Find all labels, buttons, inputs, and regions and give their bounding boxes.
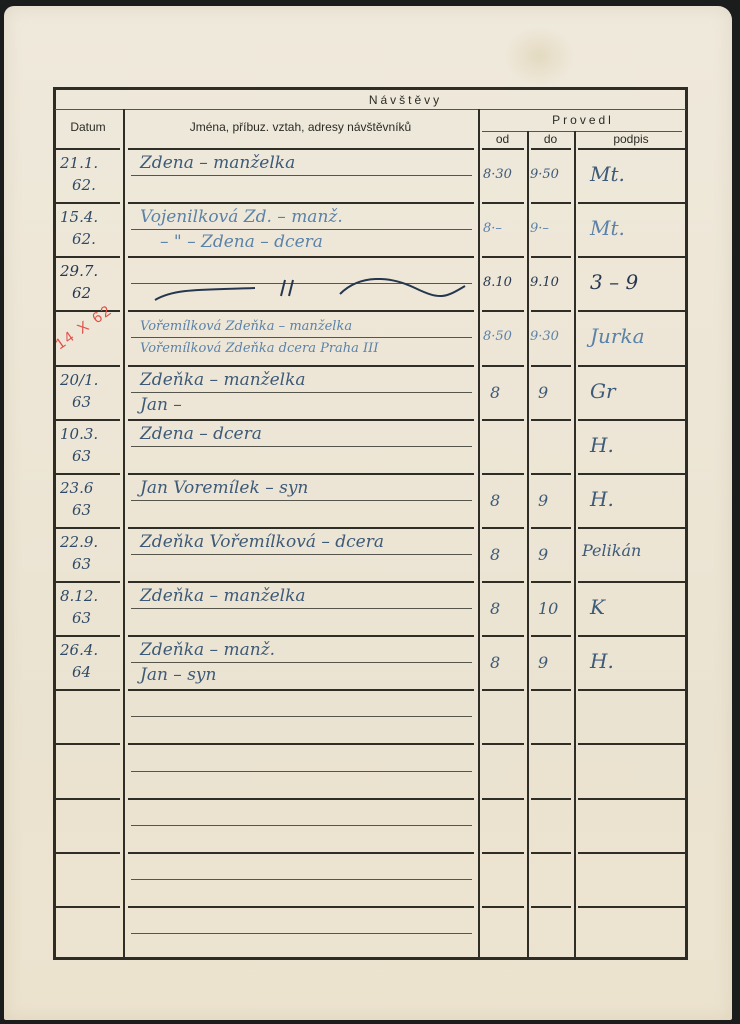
- entry-date-year: 63: [72, 557, 91, 572]
- entry-visitor-line1: Zdeňka – manž.: [140, 642, 275, 659]
- entry-date-day: 8.12.: [60, 589, 98, 604]
- row-rule: [56, 906, 120, 908]
- row-rule: [578, 202, 685, 204]
- column-header-from: od: [478, 132, 527, 146]
- row-rule: [482, 689, 524, 691]
- row-rule: [128, 527, 474, 529]
- entry-date-year: 62.: [72, 178, 96, 193]
- entry-time-from: 8: [490, 385, 500, 401]
- row-rule: [531, 581, 571, 583]
- row-rule: [128, 581, 474, 583]
- writing-line: [131, 933, 472, 934]
- entry-time-from: 8: [490, 655, 500, 671]
- entry-time-to: 9: [538, 655, 548, 671]
- section-title: Návštěvy: [123, 93, 688, 107]
- row-rule: [56, 148, 120, 150]
- row-rule: [531, 256, 571, 258]
- row-rule: [482, 419, 524, 421]
- entry-time-to: 9.10: [530, 276, 559, 289]
- entry-time-from: 8: [490, 601, 500, 617]
- row-rule: [531, 527, 571, 529]
- row-rule: [56, 419, 120, 421]
- row-rule: [578, 365, 685, 367]
- writing-line: [131, 662, 472, 663]
- row-rule: [531, 689, 571, 691]
- row-rule: [56, 689, 120, 691]
- entry-date-day: 29.7.: [60, 264, 98, 279]
- row-rule: [128, 473, 474, 475]
- row-rule: [531, 635, 571, 637]
- row-rule: [578, 689, 685, 691]
- row-rule: [578, 419, 685, 421]
- writing-line: [131, 175, 472, 176]
- writing-line: [131, 716, 472, 717]
- row-rule: [482, 798, 524, 800]
- row-rule: [56, 202, 120, 204]
- row-rule: [128, 852, 474, 854]
- entry-time-from: 8: [490, 547, 500, 563]
- entry-visitor-line2: Jan – syn: [140, 667, 216, 684]
- row-rule: [482, 527, 524, 529]
- row-rule: [482, 581, 524, 583]
- entry-visitor-line2: Jan –: [140, 397, 182, 414]
- entry-visitor-line1: Vojenilková Zd. – manž.: [140, 209, 343, 226]
- row-rule: [56, 581, 120, 583]
- entry-visitor-line1: Vořemílková Zdeňka – manželka: [140, 320, 352, 333]
- entry-date-year: 62.: [72, 232, 96, 247]
- row-rule: [56, 473, 120, 475]
- writing-line: [131, 229, 472, 230]
- paper-stain: [504, 26, 574, 86]
- row-rule: [578, 852, 685, 854]
- entry-signature: H.: [590, 489, 614, 509]
- row-rule: [578, 743, 685, 745]
- row-rule: [578, 635, 685, 637]
- entry-visitor-line1: Zdeňka – manželka: [140, 372, 306, 389]
- ditto-mark-icon: [135, 268, 475, 308]
- entry-visitor-line1: Zdena – dcera: [140, 426, 262, 443]
- writing-line: [131, 337, 472, 338]
- row-rule: [482, 635, 524, 637]
- entry-time-to: 9·50: [530, 168, 559, 181]
- entry-date-year: 63: [72, 503, 91, 518]
- writing-line: [131, 500, 472, 501]
- entry-signature: Mt.: [590, 164, 625, 184]
- entry-date-year: 63: [72, 611, 91, 626]
- row-rule: [128, 148, 474, 150]
- row-rule: [128, 798, 474, 800]
- column-header-visitors: Jména, příbuz. vztah, adresy návštěvníků: [123, 120, 478, 134]
- row-rule: [482, 256, 524, 258]
- row-rule: [56, 527, 120, 529]
- row-rule: [578, 527, 685, 529]
- divider-to: [574, 131, 576, 958]
- entry-date-day: 26.4.: [60, 643, 98, 658]
- entry-date-year: 63: [72, 449, 91, 464]
- header-rule: [55, 109, 686, 110]
- row-rule: [482, 365, 524, 367]
- entry-date-year: 63: [72, 395, 91, 410]
- row-rule: [578, 148, 685, 150]
- entry-signature: Mt.: [590, 218, 625, 238]
- row-rule: [128, 365, 474, 367]
- column-header-date: Datum: [53, 120, 123, 134]
- entry-time-from: 8·50: [483, 330, 512, 343]
- row-rule: [56, 852, 120, 854]
- entry-time-from: 8.10: [483, 276, 512, 289]
- row-rule: [531, 906, 571, 908]
- entry-visitor-line2: – " – Zdena – dcera: [160, 234, 323, 251]
- entry-signature: 3 – 9: [590, 272, 638, 292]
- row-rule: [56, 635, 120, 637]
- row-rule: [56, 798, 120, 800]
- row-rule: [531, 743, 571, 745]
- row-rule: [56, 743, 120, 745]
- entry-time-from: 8: [490, 493, 500, 509]
- writing-line: [131, 825, 472, 826]
- performed-rule: [482, 131, 682, 132]
- writing-line: [131, 446, 472, 447]
- entry-signature: K: [590, 597, 605, 617]
- row-rule: [128, 256, 474, 258]
- entry-time-to: 9: [538, 385, 548, 401]
- divider-date: [123, 109, 125, 958]
- row-rule: [56, 256, 120, 258]
- row-rule: [531, 310, 571, 312]
- row-rule: [531, 419, 571, 421]
- row-rule: [531, 852, 571, 854]
- row-rule: [482, 148, 524, 150]
- writing-line: [131, 392, 472, 393]
- entry-time-from: 8·30: [483, 168, 512, 181]
- entry-signature: Gr: [590, 381, 616, 401]
- entry-date-year: 64: [72, 665, 91, 680]
- row-rule: [578, 256, 685, 258]
- row-rule: [482, 852, 524, 854]
- entry-date-day: 20/1.: [60, 373, 98, 388]
- entry-time-to: 9·30: [530, 330, 559, 343]
- entry-date-day: 10.3.: [60, 427, 98, 442]
- entry-time-to: 10: [538, 601, 558, 617]
- divider-from: [527, 131, 529, 958]
- column-header-performed: Provedl: [478, 113, 688, 127]
- entry-date-day: 23.6: [60, 481, 93, 496]
- entry-visitor-line1: Jan Voremílek – syn: [140, 480, 308, 497]
- row-rule: [56, 365, 120, 367]
- row-rule: [128, 419, 474, 421]
- row-rule: [482, 310, 524, 312]
- row-rule: [482, 906, 524, 908]
- divider-visitors: [478, 109, 480, 958]
- writing-line: [131, 771, 472, 772]
- row-rule: [482, 202, 524, 204]
- row-rule: [531, 148, 571, 150]
- entry-time-from: 8·–: [483, 222, 502, 235]
- column-header-to: do: [527, 132, 574, 146]
- row-rule: [578, 906, 685, 908]
- entry-visitor-line1: Zdeňka – manželka: [140, 588, 306, 605]
- entry-date-day: 21.1.: [60, 156, 98, 171]
- entry-visitor-line1: Zdena – manželka: [140, 155, 295, 172]
- entry-signature: Jurka: [590, 326, 645, 346]
- entry-time-to: 9: [538, 547, 548, 563]
- writing-line: [131, 608, 472, 609]
- row-rule: [531, 202, 571, 204]
- row-rule: [128, 310, 474, 312]
- entry-visitor-line1: Zdeňka Vořemílková – dcera: [140, 534, 384, 551]
- writing-line: [131, 879, 472, 880]
- writing-line: [131, 554, 472, 555]
- entry-date-day: 22.9.: [60, 535, 98, 550]
- row-rule: [128, 743, 474, 745]
- entry-signature: H.: [590, 435, 614, 455]
- row-rule: [128, 689, 474, 691]
- row-rule: [531, 798, 571, 800]
- row-rule: [128, 635, 474, 637]
- row-rule: [482, 743, 524, 745]
- entry-signature: Pelikán: [582, 543, 641, 559]
- row-rule: [578, 473, 685, 475]
- entry-date-day: 15.4.: [60, 210, 98, 225]
- row-rule: [128, 906, 474, 908]
- row-rule: [578, 310, 685, 312]
- row-rule: [531, 473, 571, 475]
- row-rule: [482, 473, 524, 475]
- entry-time-to: 9·–: [530, 222, 549, 235]
- row-rule: [128, 202, 474, 204]
- row-rule: [531, 365, 571, 367]
- entry-signature: H.: [590, 651, 614, 671]
- entry-time-to: 9: [538, 493, 548, 509]
- entry-visitor-line2: Vořemílková Zdeňka dcera Praha III: [140, 342, 378, 355]
- column-header-signature: podpis: [574, 132, 688, 146]
- row-rule: [578, 798, 685, 800]
- entry-date-year: 62: [72, 286, 91, 301]
- row-rule: [578, 581, 685, 583]
